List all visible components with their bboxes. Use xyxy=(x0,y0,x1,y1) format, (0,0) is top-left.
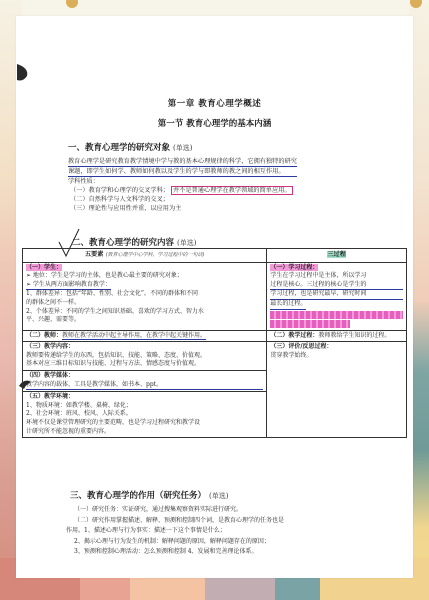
cell-line: 教师在教学活动中起主导作用，在教学中起关键作用。 xyxy=(62,332,206,340)
block-title: （五）教学环境： xyxy=(26,393,263,402)
table-cell-student: （一）学生： ➢ 地位：学生是学习的主体，也是教心最主要的研究对象； ➢ 学生从… xyxy=(23,262,267,330)
table-cell-teacher: （二）教师：教师在教学活动中起主导作用，在教学中起关键作用。 xyxy=(23,330,267,342)
block-title: （三）教学内容： xyxy=(26,343,263,352)
section-title: 第一节 教育心理学的基本内涵 xyxy=(0,117,429,129)
part3-body: （一）研究任务：实证研究，通过搜集观察资料实际进行研究。 （二）研究作用掌握描述… xyxy=(74,505,284,558)
part2-heading-text: 二、教育心理学的研究内容 xyxy=(72,238,174,248)
nature-item-note: 并不是普通心理学在教学领域的简单应用。 xyxy=(171,186,293,195)
header-label: 三过程 xyxy=(327,251,346,258)
cell-line: 的群体之间不一样。 xyxy=(26,299,263,308)
cell-line: 基本对应三维目标知识与技能、过程与方法、情感态度与价值观。 xyxy=(26,360,263,369)
block-title: （三）评价/反思过程： xyxy=(270,343,403,352)
block-title: （一）学习过程： xyxy=(270,264,318,271)
cell-line: 贯穿教学始终。 xyxy=(270,352,403,361)
cell-line: 环境不仅是课堂管理研究的主要范畴，也是学习过程研究和教学设 xyxy=(26,419,263,428)
table-header-three-processes: 三过程 xyxy=(267,249,407,263)
table-cell-media: （四）教学媒体： 教学内容的载体、工具是教学媒体，如书本、ppt。 xyxy=(23,370,267,391)
cell-line: 学习过程，也是研究最早、研究时间 xyxy=(270,290,403,300)
part1-definition: 教育心理学是研究教育教学情境中学与教的基本心理规律的科学，它拥有独特的研究 课题… xyxy=(68,157,297,213)
table-cell-teaching-process: （二）教学过程：教师教给学生知识的过程。 xyxy=(267,330,407,342)
part1-heading: 一、教育心理学的研究对象(单选) xyxy=(68,141,192,153)
nature-item: （二）自然科学与人文科学的交叉； xyxy=(68,195,297,204)
table-cell-environment: （五）教学环境： 1、物质环境：如教学楼、桌椅、绿化； 2、社会环境：班风、校风… xyxy=(23,392,267,438)
pink-scribble-annotation xyxy=(270,320,350,328)
table-header-five-elements: 五要素 (教育心理学中心学科，学习过程中的一句话) xyxy=(23,249,267,263)
research-content-table: 五要素 (教育心理学中心学科，学习过程中的一句话) 三过程 （一）学生： ➢ 地… xyxy=(22,248,407,438)
body-line: （一）研究任务：实证研究，通过搜集观察资料实际进行研究。 xyxy=(74,505,284,516)
cell-line: 平、兴趣、需要等。 xyxy=(26,316,263,325)
block-title: （四）教学媒体： xyxy=(26,372,263,381)
cell-line: 2、个体差异：不同的学生之间知识基础、喜欢的学习方式、智力水 xyxy=(26,308,263,317)
table-cell-evaluation-process: （三）评价/反思过程： 贯穿教学始终。 xyxy=(267,342,407,438)
handwritten-annotation: (单选) xyxy=(209,492,228,500)
cell-line: 2、社会环境：班风、校风、人际关系。 xyxy=(26,410,263,419)
table-cell-learning-process: （一）学习过程： 学生在学习过程中是主体，所以学习 过程是核心。三过程的核心是学… xyxy=(267,262,407,330)
pink-scribble-annotation xyxy=(270,311,403,319)
nature-item: （三）理论性与应用性并重，以应用为主 xyxy=(68,204,297,213)
bird-icon xyxy=(15,62,33,84)
cell-line: 教学内容的载体、工具是教学媒体，如书本、ppt。 xyxy=(26,381,263,391)
block-title: （二）教学过程： xyxy=(270,332,318,339)
nature-label: 学科性质： xyxy=(68,177,297,186)
header-label: 五要素 xyxy=(85,251,104,258)
cell-line: 过程是核心。三过程的核心是学生的 xyxy=(270,281,403,291)
cell-line: 最长的过程。 xyxy=(270,300,306,310)
cell-line: 教师教给学生知识的过程。 xyxy=(318,332,390,339)
handwritten-annotation: (单选) xyxy=(173,144,192,152)
part3-heading: 三、教育心理学的作用（研究任务）(单选) xyxy=(70,489,228,501)
body-line: （二）研究作用掌握描述、解释、预测和控制四个词，是教育心理学的任务也是 xyxy=(74,516,284,527)
definition-line: 课题，即学生如何学、教师如何教以及学生的学与即教师的教之间的相互作用。 xyxy=(68,167,297,177)
part2-heading: 二、教育心理学的研究内容(单选) xyxy=(72,236,196,248)
table-cell-content: （三）教学内容： 教师要传递给学生的东西，包括知识、技能、策略、态度、价值观。 … xyxy=(23,342,267,371)
nature-item-label: （一）教育学和心理学的交叉学科； xyxy=(70,187,169,194)
nature-item: （一）教育学和心理学的交叉学科； 并不是普通心理学在教学领域的简单应用。 xyxy=(68,186,297,195)
cell-line: 1、群体差异：包括“年龄、性别、社会文化”。不同的群体和不同 xyxy=(26,290,263,299)
body-line: 2、揭示心理与行为发生的机制：解释问题的原因，解释问题存在的原因； xyxy=(74,537,284,548)
body-line: 作用。1、描述心理与行为事实：描述一下这个事情是什么； xyxy=(66,526,284,537)
chapter-title: 第一章 教育心理学概述 xyxy=(0,97,429,109)
handwritten-note: (教育心理学中心学科，学习过程中的一句话) xyxy=(106,252,205,258)
cell-line: ➢ 学生从两方面影响教育教学： xyxy=(26,281,111,291)
definition-line: 教育心理学是研究教育教学情境中学与教的基本心理规律的科学，它拥有独特的研究 xyxy=(68,157,297,167)
decorative-dot-icon xyxy=(66,0,78,8)
part3-heading-text: 三、教育心理学的作用（研究任务） xyxy=(70,491,206,501)
handwritten-annotation: (单选) xyxy=(177,239,196,247)
cell-line: 学生在学习过程中是主体，所以学习 xyxy=(270,272,403,281)
part1-heading-text: 一、教育心理学的研究对象 xyxy=(68,143,170,153)
block-title: （一）学生： xyxy=(26,264,62,271)
block-title: （二）教师： xyxy=(26,332,62,339)
body-line: 3、预测和控制心理活动：怎么预测和控制 4、发展和完善理论体系。 xyxy=(74,547,284,558)
cell-line: ➢ 地位：学生是学习的主体，也是教心最主要的研究对象； xyxy=(26,272,263,281)
cell-line: 计研究所不能忽视的重要内容。 xyxy=(26,428,263,437)
